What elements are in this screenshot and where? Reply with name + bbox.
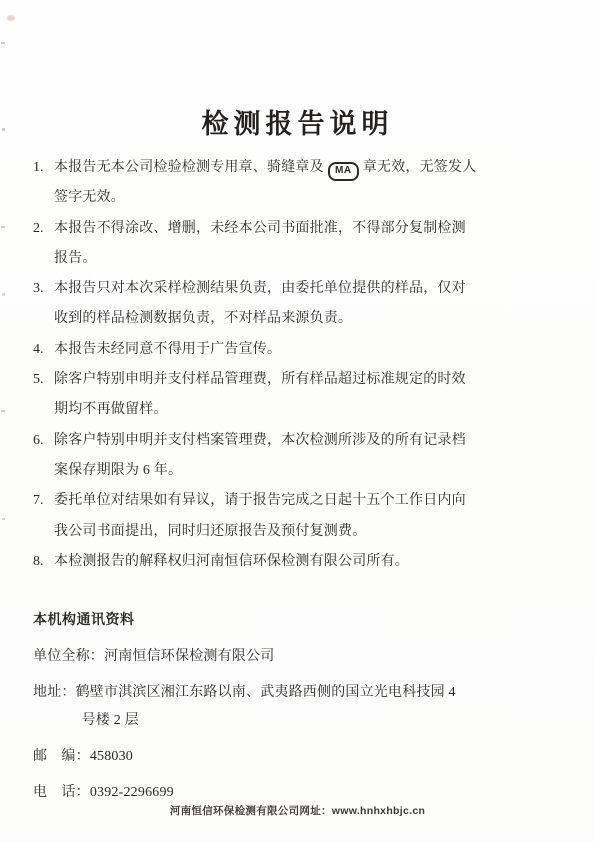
note-item-4: 4. 本报告未经同意不得用于广告宣传。 [33, 335, 575, 365]
cma-mark-icon: MA [328, 162, 359, 181]
contact-value: 河南恒信环保检测有限公司 [104, 643, 274, 671]
note-item-5: 5. 除客户特别申明并支付样品管理费，所有样品超过标准规定的时效 期均不再做留样… [33, 365, 575, 426]
address-line: 鹤壁市淇滨区湘江东路以南、武夷路西侧的国立光电科技园 4 [76, 679, 456, 707]
note-number: 4. [33, 335, 54, 365]
note-number: 6. [33, 426, 54, 456]
note-line: 本报告只对本次采样检测结果负责，由委托单位提供的样品，仅对 [54, 274, 575, 304]
note-item-3: 3. 本报告只对本次采样检测结果负责，由委托单位提供的样品，仅对 收到的样品检测… [33, 274, 575, 335]
note-item-7: 7. 委托单位对结果如有异议，请于报告完成之日起十五个工作日内向 我公司书面提出… [33, 486, 575, 547]
note-number: 2. [33, 214, 54, 244]
address-line: 号楼 2 层 [82, 707, 456, 735]
notes-list: 1. 本报告无本公司检验检测专用章、骑缝章及MA章无效，无签发人 签字无效。 2… [0, 153, 595, 577]
note-line: 案保存期限为 6 年。 [54, 456, 575, 486]
note-line: 签字无效。 [54, 183, 575, 213]
note-line: 收到的样品检测数据负责，不对样品来源负责。 [54, 304, 575, 334]
note-number: 7. [33, 486, 54, 516]
note-number: 1. [33, 153, 54, 183]
contact-value: 458030 [90, 743, 133, 771]
cma-mark-label: MA [335, 166, 352, 176]
contact-section: 本机构通讯资料 单位全称： 河南恒信环保检测有限公司 地址： 鹤壁市淇滨区湘江东… [33, 607, 595, 807]
note-line: 报告。 [54, 244, 575, 274]
contact-label: 邮 编： [33, 743, 90, 771]
note-text: 本报告无本公司检验检测专用章、骑缝章及 [54, 160, 324, 175]
note-line: 除客户特别申明并支付样品管理费，所有样品超过标准规定的时效 [54, 365, 575, 395]
note-line: 本报告无本公司检验检测专用章、骑缝章及MA章无效，无签发人 [54, 153, 575, 183]
note-item-2: 2. 本报告不得涂改、增删，未经本公司书面批准，不得部分复制检测 报告。 [33, 214, 575, 275]
note-number: 8. [33, 547, 54, 577]
note-number: 3. [33, 274, 54, 304]
contact-row-company: 单位全称： 河南恒信环保检测有限公司 [33, 643, 595, 671]
note-item-6: 6. 除客户特别申明并支付档案管理费，本次检测所涉及的所有记录档 案保存期限为 … [33, 426, 575, 487]
note-text: 章无效，无签发人 [363, 160, 477, 175]
page-title: 检测报告说明 [0, 0, 595, 141]
note-line: 本检测报告的解释权归河南恒信环保检测有限公司所有。 [54, 547, 575, 577]
note-line: 本报告未经同意不得用于广告宣传。 [54, 335, 575, 365]
note-item-1: 1. 本报告无本公司检验检测专用章、骑缝章及MA章无效，无签发人 签字无效。 [33, 153, 575, 214]
contact-row-postcode: 邮 编： 458030 [33, 743, 595, 771]
footer-company-url: 河南恒信环保检测有限公司网址：www.hnhxhbjc.cn [0, 803, 595, 818]
note-line: 除客户特别申明并支付档案管理费，本次检测所涉及的所有记录档 [54, 426, 575, 456]
note-number: 5. [33, 365, 54, 395]
contact-label: 单位全称： [33, 643, 104, 671]
note-line: 我公司书面提出，同时归还原报告及预付复测费。 [54, 517, 575, 547]
report-instructions-page: 检测报告说明 1. 本报告无本公司检验检测专用章、骑缝章及MA章无效，无签发人 … [0, 0, 595, 842]
contact-label: 地址： [33, 679, 76, 707]
contact-heading: 本机构通讯资料 [33, 607, 595, 635]
note-item-8: 8. 本检测报告的解释权归河南恒信环保检测有限公司所有。 [33, 547, 575, 577]
note-line: 本报告不得涂改、增删，未经本公司书面批准，不得部分复制检测 [54, 214, 575, 244]
contact-row-address: 地址： 鹤壁市淇滨区湘江东路以南、武夷路西侧的国立光电科技园 4 号楼 2 层 [33, 679, 595, 735]
note-line: 期均不再做留样。 [54, 395, 575, 425]
note-line: 委托单位对结果如有异议，请于报告完成之日起十五个工作日内向 [54, 486, 575, 516]
